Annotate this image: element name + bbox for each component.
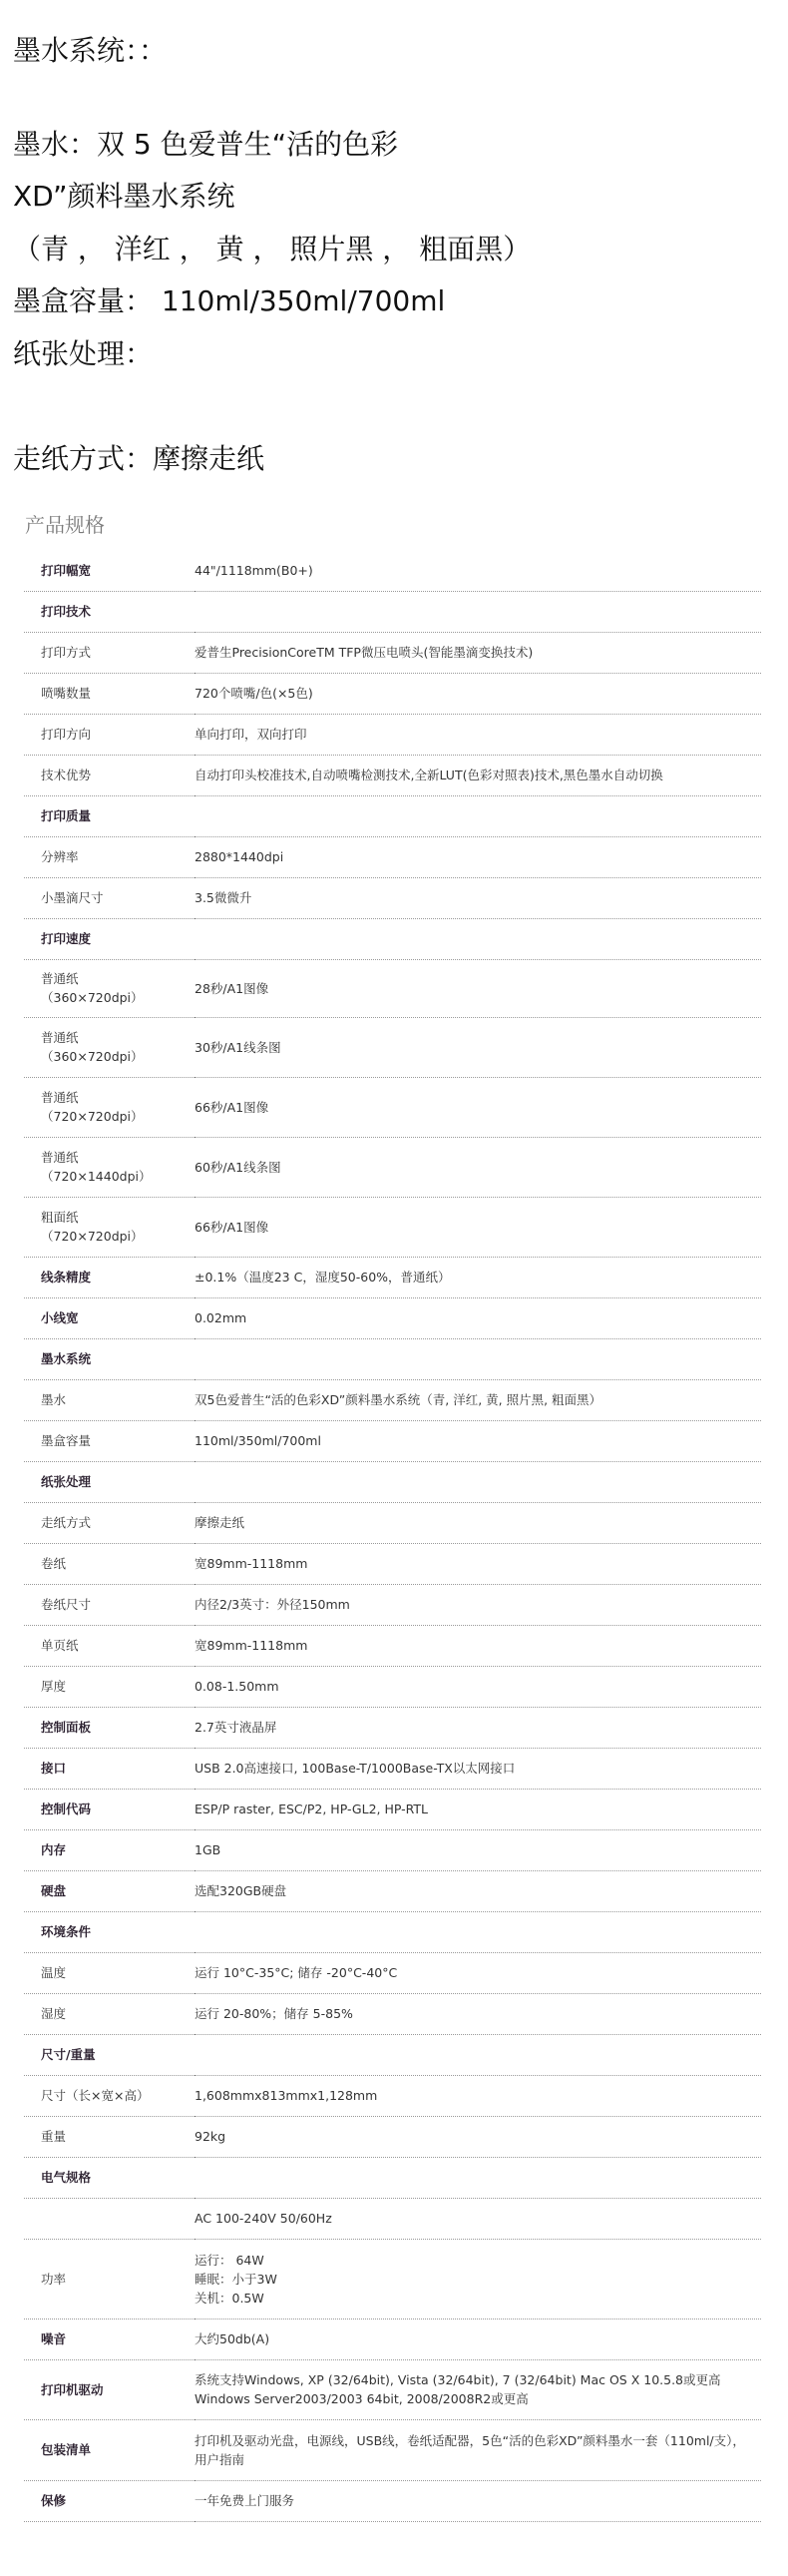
- spec-value: ESP/P raster, ESC/P2, HP-GL2, HP-RTL: [195, 1789, 761, 1829]
- spec-row: 接口USB 2.0高速接口, 100Base-T/1000Base-TX以太网接…: [24, 1748, 761, 1789]
- spec-table: 打印幅宽44"/1118mm(B0+)打印技术打印方式爱普生PrecisionC…: [24, 550, 761, 2522]
- spec-row: 打印机驱动系统支持Windows, XP (32/64bit), Vista (…: [24, 2359, 761, 2419]
- intro-line: （青 ， 洋红 ， 黄 ， 照片黑 ， 粗面黑）: [13, 233, 531, 266]
- intro-line: XD”颜料墨水系统: [13, 180, 235, 214]
- spec-label: 卷纸: [24, 1543, 195, 1584]
- spec-value: 0.08-1.50mm: [195, 1666, 761, 1707]
- spec-label: 湿度: [24, 1993, 195, 2034]
- spec-label: 电气规格: [24, 2157, 195, 2198]
- spec-value: 内径2/3英寸：外径150mm: [195, 1584, 761, 1625]
- spec-row: 控制代码ESP/P raster, ESC/P2, HP-GL2, HP-RTL: [24, 1789, 761, 1829]
- spec-value: 1GB: [195, 1829, 761, 1870]
- spec-row: 打印方式爱普生PrecisionCoreTM TFP微压电喷头(智能墨滴变换技术…: [24, 632, 761, 673]
- spec-label: 单页纸: [24, 1625, 195, 1666]
- spec-value: 单向打印，双向打印: [195, 714, 761, 755]
- spec-value: [195, 918, 761, 959]
- spec-label: 打印机驱动: [24, 2359, 195, 2419]
- spec-value: 3.5微微升: [195, 877, 761, 918]
- spec-value: 30秒/A1线条图: [195, 1017, 761, 1077]
- spec-value: [195, 2034, 761, 2075]
- spec-value: ±0.1%（温度23 C，湿度50-60%，普通纸）: [195, 1257, 761, 1297]
- spec-label: 打印质量: [24, 795, 195, 836]
- spec-value: [195, 1461, 761, 1502]
- spec-row: 尺寸（长×宽×高）1,608mmx813mmx1,128mm: [24, 2075, 761, 2116]
- spec-row: 功率运行： 64W 睡眠：小于3W 关机：0.5W: [24, 2239, 761, 2318]
- spec-label: 打印速度: [24, 918, 195, 959]
- spec-label: [24, 2198, 195, 2239]
- spec-row: 温度运行 10°C-35°C; 储存 -20°C-40°C: [24, 1952, 761, 1993]
- spec-label: 普通纸 （360×720dpi）: [24, 959, 195, 1017]
- spec-row: 喷嘴数量720个喷嘴/色(×5色): [24, 673, 761, 714]
- spec-label: 喷嘴数量: [24, 673, 195, 714]
- spec-row: 重量92kg: [24, 2116, 761, 2157]
- spec-value: 爱普生PrecisionCoreTM TFP微压电喷头(智能墨滴变换技术): [195, 632, 761, 673]
- spec-section-title: 产品规格: [25, 509, 105, 538]
- spec-row: 小墨滴尺寸3.5微微升: [24, 877, 761, 918]
- spec-label: 普通纸 （720×720dpi）: [24, 1077, 195, 1137]
- intro-line: 走纸方式：摩擦走纸: [13, 442, 264, 476]
- spec-label: 包装清单: [24, 2419, 195, 2480]
- spec-label: 分辨率: [24, 836, 195, 877]
- spec-value: [195, 2157, 761, 2198]
- spec-value: 大约50db(A): [195, 2318, 761, 2359]
- spec-value: 双5色爱普生“活的色彩XD”颜料墨水系统（青, 洋红, 黄, 照片黑, 粗面黑）: [195, 1379, 761, 1420]
- spec-row: 走纸方式摩擦走纸: [24, 1502, 761, 1543]
- spec-row: 线条精度±0.1%（温度23 C，湿度50-60%，普通纸）: [24, 1257, 761, 1297]
- spec-row: 分辨率2880*1440dpi: [24, 836, 761, 877]
- spec-label: 打印方式: [24, 632, 195, 673]
- spec-label: 打印方向: [24, 714, 195, 755]
- spec-label: 墨水系统: [24, 1338, 195, 1379]
- spec-label: 线条精度: [24, 1257, 195, 1297]
- spec-value: [195, 1911, 761, 1952]
- spec-label: 打印幅宽: [24, 550, 195, 591]
- spec-label: 厚度: [24, 1666, 195, 1707]
- spec-label: 尺寸/重量: [24, 2034, 195, 2075]
- spec-label: 内存: [24, 1829, 195, 1870]
- spec-row: 打印方向单向打印，双向打印: [24, 714, 761, 755]
- spec-section-row: 尺寸/重量: [24, 2034, 761, 2075]
- spec-label: 小墨滴尺寸: [24, 877, 195, 918]
- spec-row: 内存1GB: [24, 1829, 761, 1870]
- spec-label: 普通纸 （720×1440dpi）: [24, 1137, 195, 1197]
- intro-line: 纸张处理：: [13, 337, 153, 371]
- spec-value: [195, 591, 761, 632]
- spec-value: 720个喷嘴/色(×5色): [195, 673, 761, 714]
- spec-row: 墨盒容量110ml/350ml/700ml: [24, 1420, 761, 1461]
- spec-value: 运行 20-80%；储存 5-85%: [195, 1993, 761, 2034]
- spec-value: 运行： 64W 睡眠：小于3W 关机：0.5W: [195, 2239, 761, 2318]
- spec-row: 噪音大约50db(A): [24, 2318, 761, 2359]
- spec-label: 墨水: [24, 1379, 195, 1420]
- spec-row: 技术优势自动打印头校准技术,自动喷嘴检测技术,全新LUT(色彩对照表)技术,黑色…: [24, 755, 761, 795]
- spec-row: 控制面板2.7英寸液晶屏: [24, 1707, 761, 1748]
- spec-row: 普通纸 （360×720dpi）30秒/A1线条图: [24, 1017, 761, 1077]
- spec-section-row: 打印速度: [24, 918, 761, 959]
- spec-label: 控制面板: [24, 1707, 195, 1748]
- spec-row: 粗面纸 （720×720dpi）66秒/A1图像: [24, 1197, 761, 1257]
- spec-value: 打印机及驱动光盘，电源线，USB线，卷纸适配器，5色“活的色彩XD”颜料墨水一套…: [195, 2419, 761, 2480]
- spec-label: 尺寸（长×宽×高）: [24, 2075, 195, 2116]
- spec-value: 一年免费上门服务: [195, 2480, 761, 2521]
- spec-value: 宽89mm-1118mm: [195, 1625, 761, 1666]
- spec-value: 60秒/A1线条图: [195, 1137, 761, 1197]
- spec-value: 系统支持Windows, XP (32/64bit), Vista (32/64…: [195, 2359, 761, 2419]
- spec-label: 普通纸 （360×720dpi）: [24, 1017, 195, 1077]
- spec-label: 温度: [24, 1952, 195, 1993]
- spec-label: 接口: [24, 1748, 195, 1789]
- spec-value: 1,608mmx813mmx1,128mm: [195, 2075, 761, 2116]
- spec-value: 2880*1440dpi: [195, 836, 761, 877]
- spec-value: [195, 1338, 761, 1379]
- spec-section-row: 环境条件: [24, 1911, 761, 1952]
- spec-value: 运行 10°C-35°C; 储存 -20°C-40°C: [195, 1952, 761, 1993]
- spec-value: 44"/1118mm(B0+): [195, 550, 761, 591]
- intro-line: 墨水：双 5 色爱普生“活的色彩: [13, 128, 398, 162]
- spec-value: 选配320GB硬盘: [195, 1870, 761, 1911]
- spec-label: 控制代码: [24, 1789, 195, 1829]
- spec-row: 打印幅宽44"/1118mm(B0+): [24, 550, 761, 591]
- spec-label: 功率: [24, 2239, 195, 2318]
- spec-value: 92kg: [195, 2116, 761, 2157]
- spec-section-row: 打印技术: [24, 591, 761, 632]
- spec-label: 噪音: [24, 2318, 195, 2359]
- spec-label: 纸张处理: [24, 1461, 195, 1502]
- spec-label: 墨盒容量: [24, 1420, 195, 1461]
- spec-section-row: 纸张处理: [24, 1461, 761, 1502]
- spec-label: 粗面纸 （720×720dpi）: [24, 1197, 195, 1257]
- spec-row: 卷纸尺寸内径2/3英寸：外径150mm: [24, 1584, 761, 1625]
- spec-row: 普通纸 （360×720dpi）28秒/A1图像: [24, 959, 761, 1017]
- spec-label: 卷纸尺寸: [24, 1584, 195, 1625]
- spec-value: 0.02mm: [195, 1297, 761, 1338]
- intro-line: 墨盒容量： 110ml/350ml/700ml: [13, 284, 445, 318]
- spec-label: 技术优势: [24, 755, 195, 795]
- spec-section-row: 打印质量: [24, 795, 761, 836]
- spec-value: AC 100-240V 50/60Hz: [195, 2198, 761, 2239]
- spec-value: 28秒/A1图像: [195, 959, 761, 1017]
- spec-row: 单页纸宽89mm-1118mm: [24, 1625, 761, 1666]
- spec-section-row: 电气规格: [24, 2157, 761, 2198]
- spec-row: 厚度0.08-1.50mm: [24, 1666, 761, 1707]
- spec-value: 宽89mm-1118mm: [195, 1543, 761, 1584]
- spec-value: 2.7英寸液晶屏: [195, 1707, 761, 1748]
- spec-value: USB 2.0高速接口, 100Base-T/1000Base-TX以太网接口: [195, 1748, 761, 1789]
- spec-row: 硬盘选配320GB硬盘: [24, 1870, 761, 1911]
- spec-row: 普通纸 （720×720dpi）66秒/A1图像: [24, 1077, 761, 1137]
- spec-label: 小线宽: [24, 1297, 195, 1338]
- spec-label: 重量: [24, 2116, 195, 2157]
- spec-label: 环境条件: [24, 1911, 195, 1952]
- spec-value: 66秒/A1图像: [195, 1197, 761, 1257]
- spec-row: 湿度运行 20-80%；储存 5-85%: [24, 1993, 761, 2034]
- spec-label: 保修: [24, 2480, 195, 2521]
- spec-section-row: 墨水系统: [24, 1338, 761, 1379]
- spec-value: 66秒/A1图像: [195, 1077, 761, 1137]
- spec-value: 摩擦走纸: [195, 1502, 761, 1543]
- spec-label: 硬盘: [24, 1870, 195, 1911]
- spec-row: AC 100-240V 50/60Hz: [24, 2198, 761, 2239]
- spec-value: 自动打印头校准技术,自动喷嘴检测技术,全新LUT(色彩对照表)技术,黑色墨水自动…: [195, 755, 761, 795]
- spec-value: 110ml/350ml/700ml: [195, 1420, 761, 1461]
- spec-row: 卷纸宽89mm-1118mm: [24, 1543, 761, 1584]
- spec-label: 走纸方式: [24, 1502, 195, 1543]
- spec-label: 打印技术: [24, 591, 195, 632]
- intro-line: 墨水系统：：: [13, 34, 167, 68]
- spec-row: 保修一年免费上门服务: [24, 2480, 761, 2521]
- spec-value: [195, 795, 761, 836]
- spec-row: 墨水双5色爱普生“活的色彩XD”颜料墨水系统（青, 洋红, 黄, 照片黑, 粗面…: [24, 1379, 761, 1420]
- spec-row: 小线宽0.02mm: [24, 1297, 761, 1338]
- spec-row: 普通纸 （720×1440dpi）60秒/A1线条图: [24, 1137, 761, 1197]
- spec-row: 包装清单打印机及驱动光盘，电源线，USB线，卷纸适配器，5色“活的色彩XD”颜料…: [24, 2419, 761, 2480]
